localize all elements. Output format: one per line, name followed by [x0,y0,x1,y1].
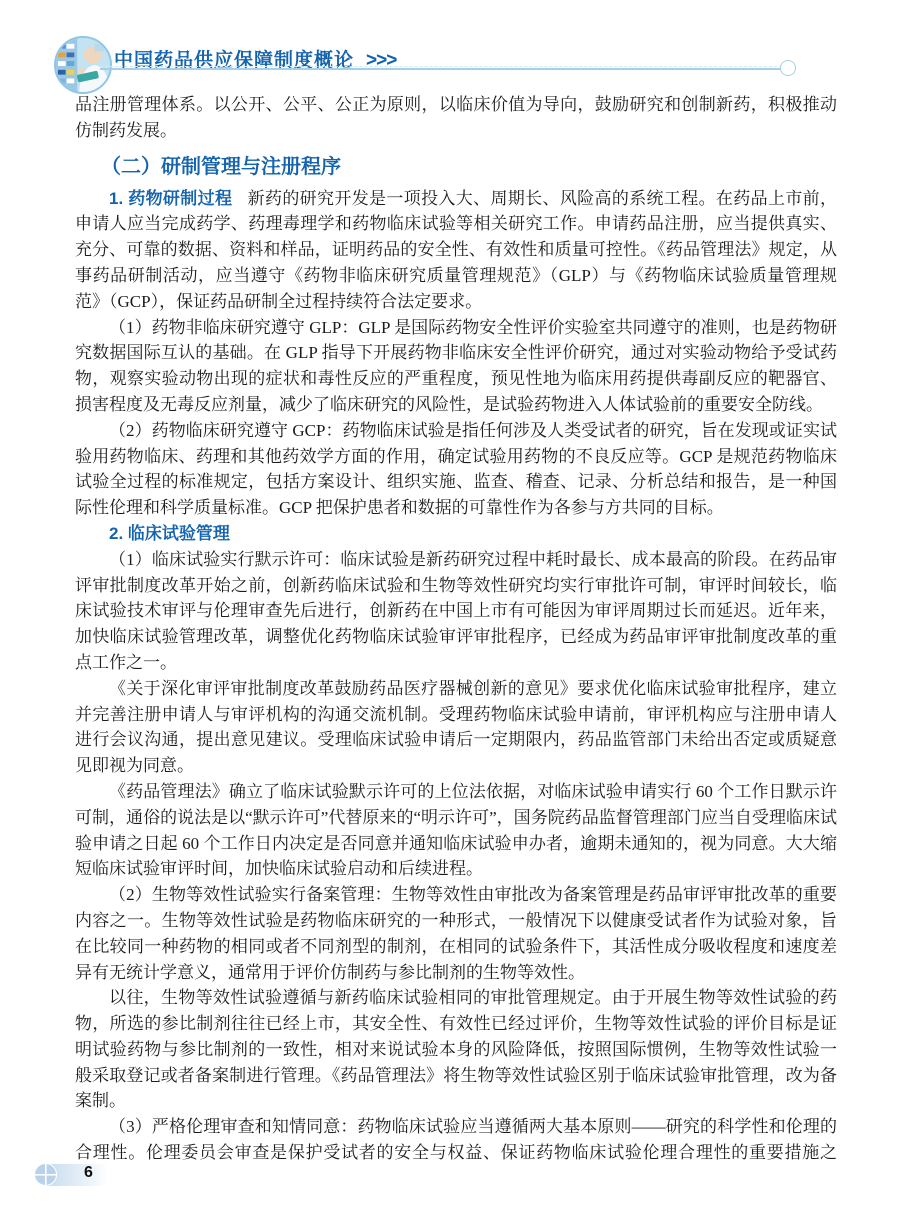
paragraph-bioequivalence-filing: （2）生物等效性试验实行备案管理：生物等效性由审批改为备案管理是药品审评审批改革… [75,882,837,985]
inline-numbered-heading: 1. 药物研制过程 [109,189,248,208]
pharmacy-photo-icon [56,38,110,92]
footer-crosshair-circle-icon [34,1163,57,1186]
paragraph-ethics-review: （3）严格伦理审查和知情同意：药物临床试验应当遵循两大基本原则——研究的科学性和… [75,1114,837,1164]
paragraph-glp: （1）药物非临床研究遵守 GLP：GLP 是国际药物安全性评价实验室共同遵守的准… [75,315,837,418]
book-logo [54,36,112,94]
header-rule [100,66,782,72]
page-number: 6 [84,1164,93,1182]
paragraph-drug-development: 1. 药物研制过程新药的研究开发是一项投入大、周期长、风险高的系统工程。在药品上… [75,186,837,315]
paragraph-reform-opinion: 《关于深化审评审批制度改革鼓励药品医疗器械创新的意见》要求优化临床试验审批程序，… [75,676,837,779]
sub-section-heading: 2. 临床试验管理 [75,521,837,547]
paragraph-continuation: 品注册管理体系。以公开、公平、公正为原则，以临床价值为导向，鼓励研究和创制新药，… [75,92,837,144]
paragraph-bioequivalence-history: 以往，生物等效性试验遵循与新药临床试验相同的审批管理规定。由于开展生物等效性试验… [75,985,837,1114]
paragraph-implied-permission: （1）临床试验实行默示许可：临床试验是新药研究过程中耗时最长、成本最高的阶段。在… [75,547,837,676]
paragraph-gcp: （2）药物临床研究遵守 GCP：药物临床试验是指任何涉及人类受试者的研究，旨在发… [75,418,837,521]
section-heading: （二）研制管理与注册程序 [75,154,837,180]
paragraph-drug-law-60days: 《药品管理法》确立了临床试验默示许可的上位法依据，对临床试验申请实行 60 个工… [75,779,837,882]
document-body: 品注册管理体系。以公开、公平、公正为原则，以临床价值为导向，鼓励研究和创制新药，… [75,92,837,1164]
header-rule-end-circle-icon [780,60,796,76]
header-rule-solid-line [100,68,782,70]
book-page: 中国药品供应保障制度概论>>> 品注册管理体系。以公开、公平、公正为原则，以临床… [0,0,900,1222]
